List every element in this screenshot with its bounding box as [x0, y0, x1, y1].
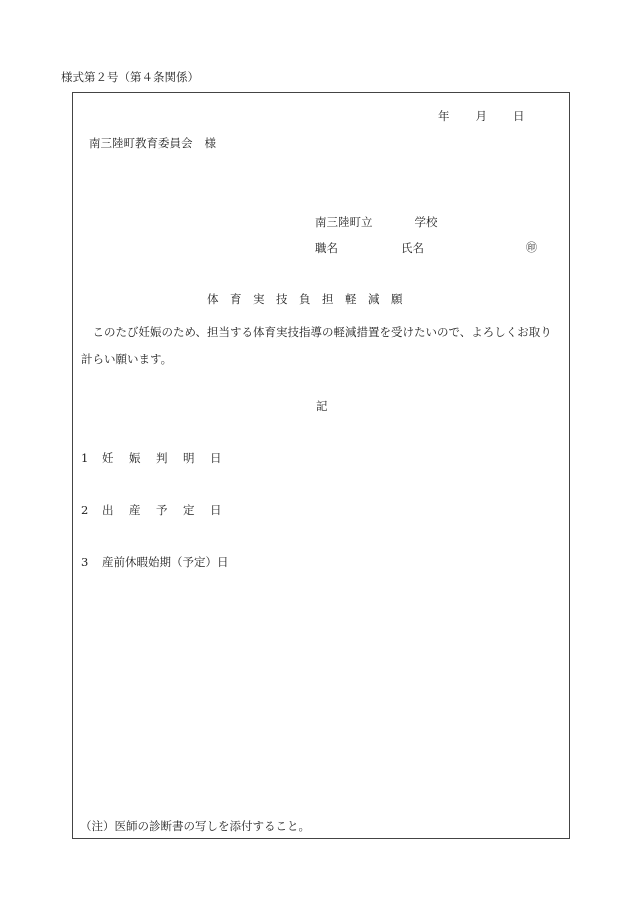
request-body: このたび妊娠のため、担当する体育実技指導の軽減措置を受けたいので、よろしくお取り…	[81, 319, 561, 373]
item-number: 3	[81, 555, 102, 569]
document-title: 体育実技負担軽減願	[207, 292, 414, 306]
month-label: 月	[476, 109, 488, 123]
date-row: 年月日	[438, 109, 525, 123]
item-label: 出産予定日	[102, 503, 237, 517]
school-suffix: 学校	[415, 215, 438, 229]
position-label: 職名	[315, 241, 338, 255]
name-line: 職名 氏名 ㊞	[315, 241, 540, 255]
addressee: 南三陸町教育委員会様	[89, 136, 216, 150]
form-number: 様式第２号（第４条関係）	[61, 70, 199, 84]
item-label: 産前休暇始期（予定）日	[102, 555, 229, 569]
ki-heading: 記	[316, 399, 328, 413]
name-label: 氏名	[401, 241, 424, 255]
year-label: 年	[438, 109, 450, 123]
form-frame	[72, 92, 570, 839]
school-prefix: 南三陸町立	[315, 215, 373, 229]
seal-icon: ㊞	[526, 241, 537, 255]
day-label: 日	[513, 109, 525, 123]
item-pregnancy-confirmed-date: 1妊娠判明日	[81, 451, 237, 465]
item-number: 2	[81, 503, 102, 517]
item-expected-delivery-date: 2出産予定日	[81, 503, 237, 517]
addressee-name: 南三陸町教育委員会	[89, 136, 193, 150]
item-maternity-leave-start-date: 3産前休暇始期（予定）日	[81, 555, 229, 569]
item-number: 1	[81, 451, 102, 465]
addressee-honorific: 様	[205, 136, 217, 150]
note: （注）医師の診断書の写しを添付すること。	[80, 819, 310, 833]
item-label: 妊娠判明日	[102, 451, 237, 465]
school-line: 南三陸町立学校	[315, 215, 438, 229]
